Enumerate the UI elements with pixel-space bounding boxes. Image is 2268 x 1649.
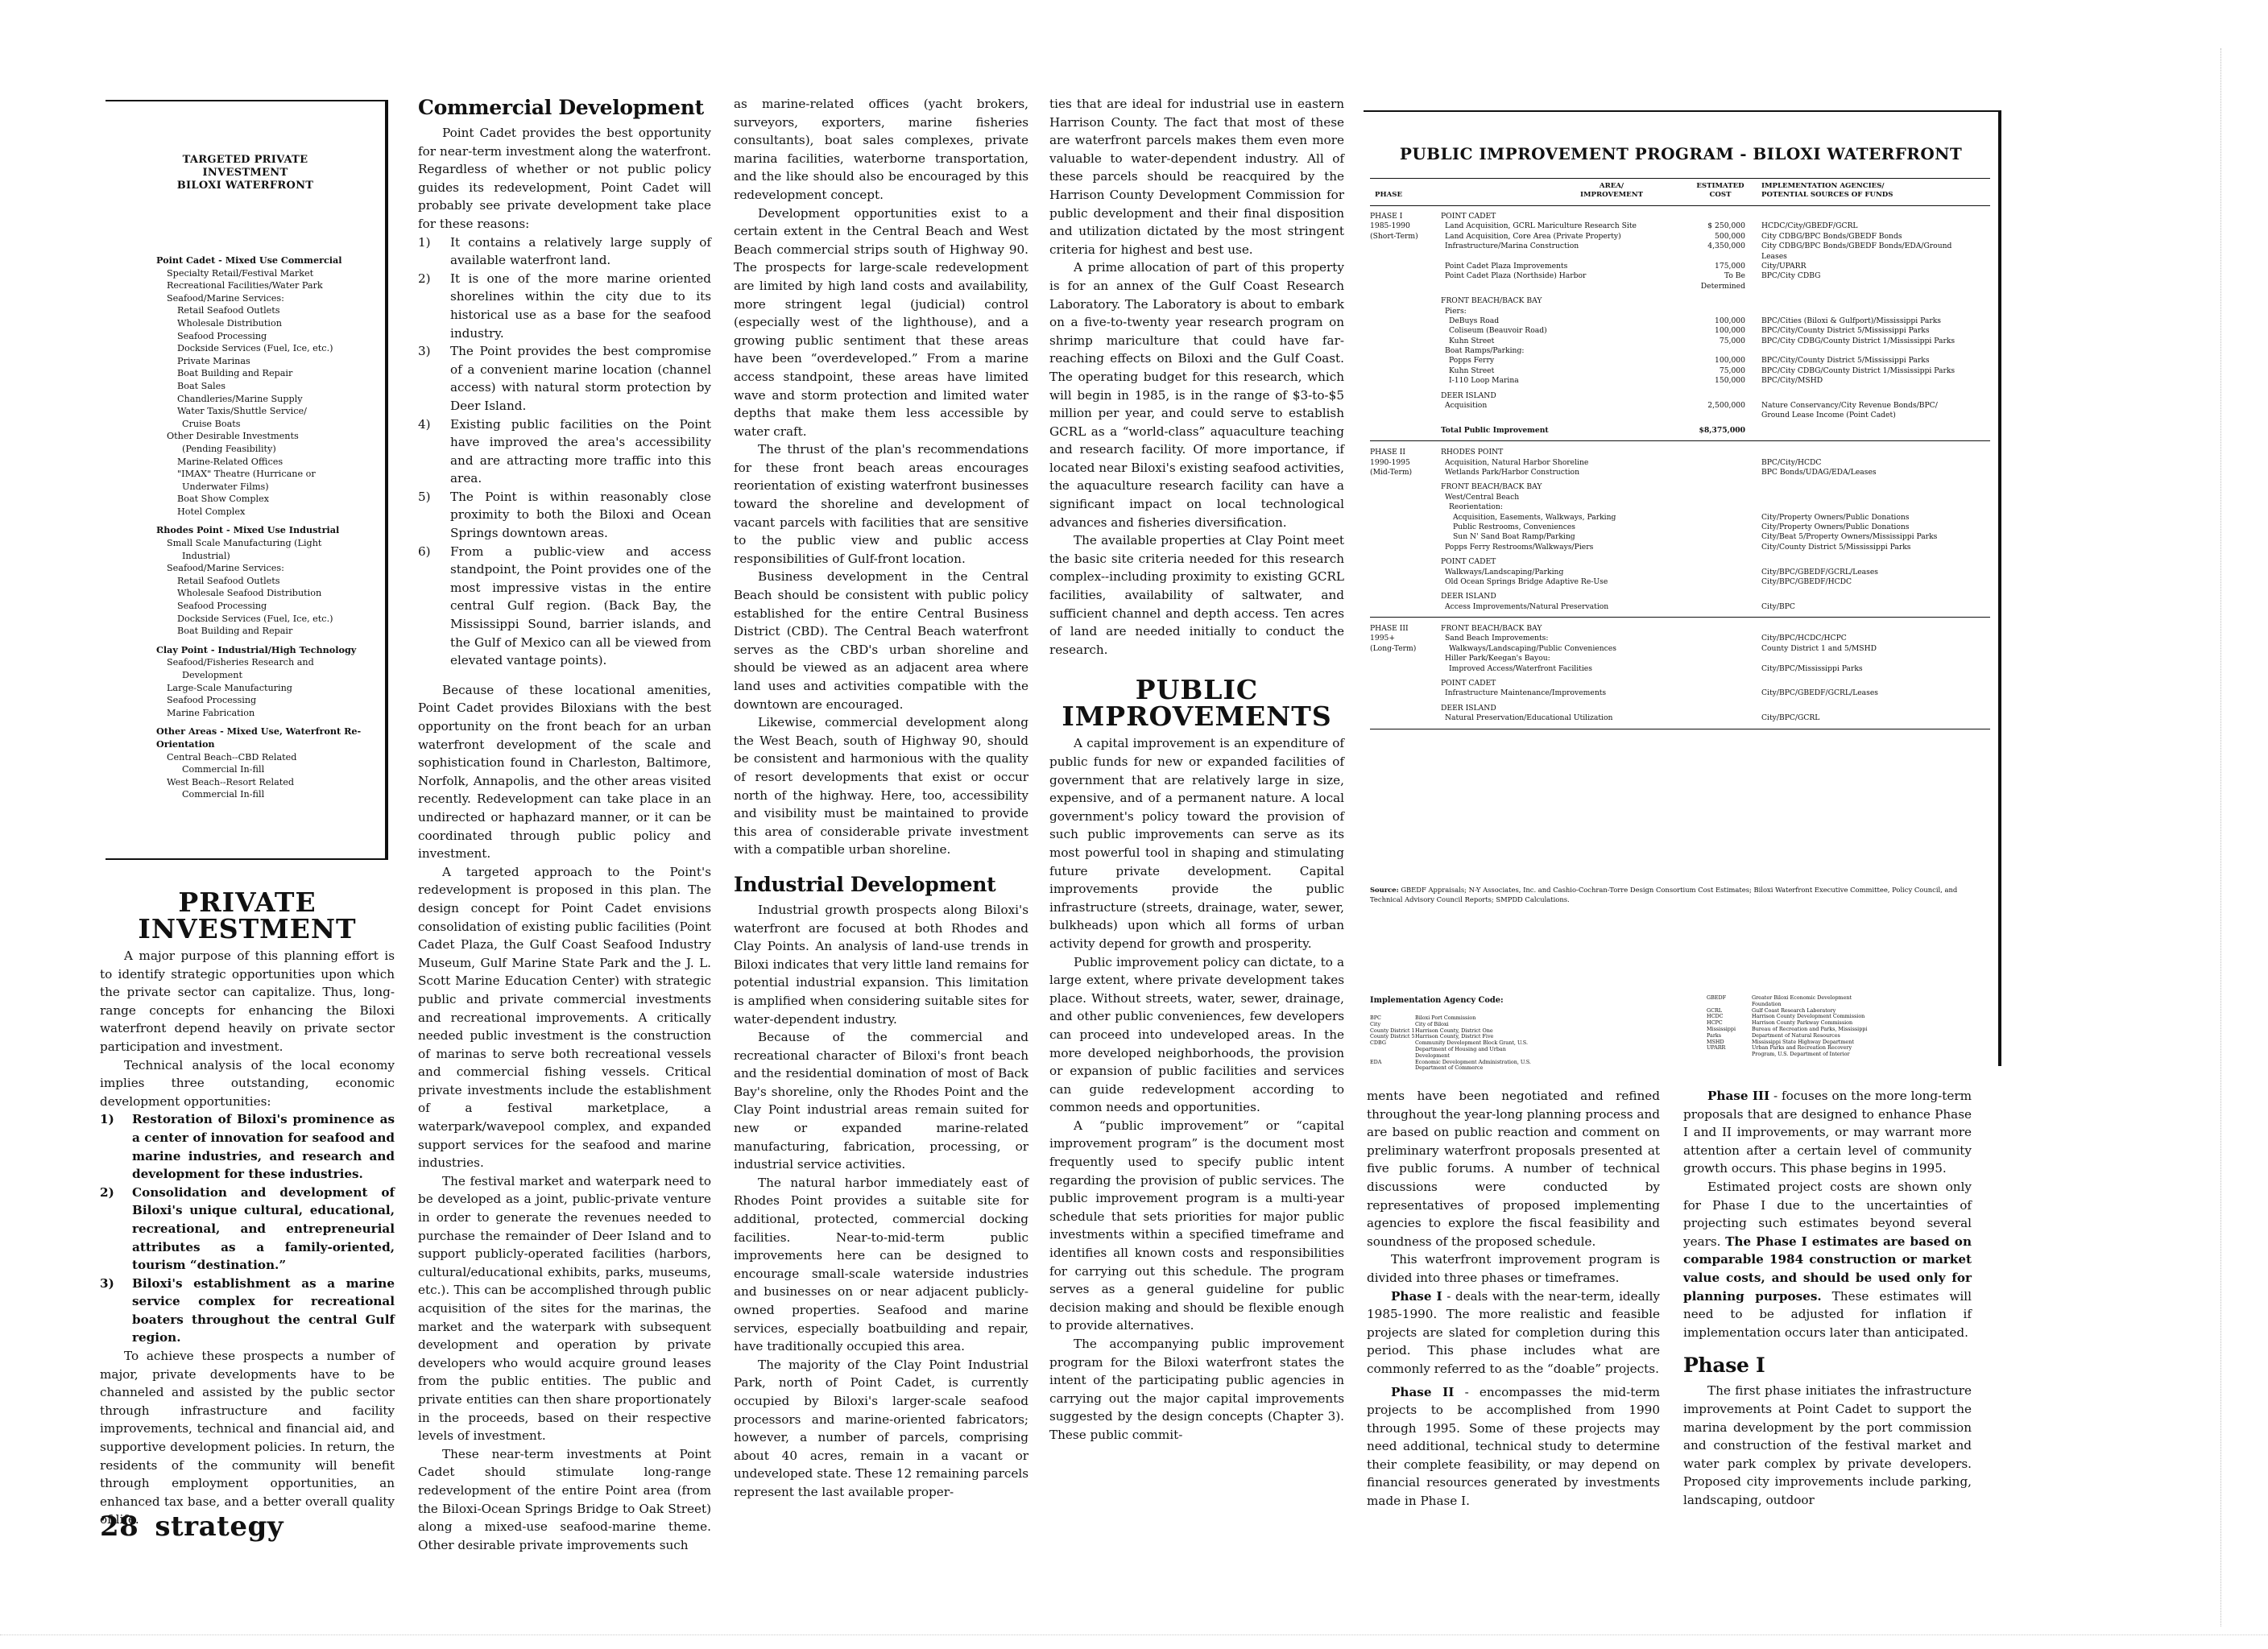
paragraph: ments have been negotiated and refined t… (1367, 1087, 1660, 1250)
estimated-cost-cell: 175,000 (1682, 262, 1745, 271)
paragraph: The available properties at Clay Point m… (1049, 531, 1344, 659)
table-row: Acquisition2,500,000Nature Conservancy/C… (1370, 401, 1990, 411)
paragraph: To achieve these prospects a number of m… (100, 1347, 395, 1529)
agencies-cell: County District 1 and 5/MSHD (1761, 644, 1877, 654)
area-improvement-cell: Public Restrooms, Conveniences (1453, 523, 1575, 532)
area-improvement-cell: Acquisition (1445, 401, 1487, 411)
estimated-cost-cell: 100,000 (1682, 316, 1745, 326)
table-row: Infrastructure/Marina Construction4,350,… (1370, 242, 1990, 251)
area-improvement-cell: Walkways/Landscaping/Parking (1445, 568, 1563, 577)
paragraph: The majority of the Clay Point Industria… (734, 1356, 1028, 1502)
agency-code: GBEDF (1707, 995, 1752, 1002)
phase-lead: Phase I (1391, 1289, 1442, 1304)
table-row: POINT CADET (1370, 557, 1990, 567)
table-row: Popps Ferry100,000BPC/City/County Distri… (1370, 356, 1990, 366)
list-text: The Point provides the best compromise o… (450, 344, 711, 413)
paragraph: Because of the commercial and recreation… (734, 1028, 1028, 1174)
sidebar-list-item: Small Scale Manufacturing (Light (156, 537, 385, 550)
table-row: Kuhn Street75,000BPC/City CDBG/County Di… (1370, 366, 1990, 376)
table-row: Public Restrooms, ConveniencesCity/Prope… (1370, 523, 1990, 532)
table-header: PHASE AREA/ IMPROVEMENT ESTIMATED COST I… (1370, 178, 1990, 206)
estimated-cost-cell: $8,375,000 (1682, 426, 1745, 436)
area-improvement-cell: Kuhn Street (1449, 337, 1494, 346)
agencies-cell: BPC/City/County District 5/Mississippi P… (1761, 326, 1930, 336)
sidebar-list-item: Underwater Films) (156, 481, 385, 494)
area-improvement-cell: Reorientation: (1449, 502, 1503, 512)
phase-lead: Phase II (1391, 1385, 1454, 1399)
agency-code-row: CDBGCommunity Development Block Grant, U… (1370, 1040, 1587, 1059)
sidebar-group-heading: Clay Point - Industrial/High Technology (156, 644, 385, 657)
list-number: 2) (418, 270, 431, 288)
table-row: Sand Beach Improvements:City/BPC/HCDC/HC… (1370, 634, 1990, 643)
table-row: Access Improvements/Natural Preservation… (1370, 602, 1990, 612)
agencies-cell: Leases (1761, 252, 1787, 262)
estimated-cost-cell: 150,000 (1682, 376, 1745, 386)
table-row: FRONT BEACH/BACK BAY (1370, 624, 1990, 634)
agencies-cell: BPC/Cities (Biloxi & Gulfport)/Mississip… (1761, 316, 1941, 326)
list-text: Existing public facilities on the Point … (450, 417, 711, 486)
estimated-cost-cell: 75,000 (1682, 337, 1745, 346)
public-improvements-heading: PUBLIC IMPROVEMENTS (1049, 676, 1344, 729)
table-row: Sun N' Sand Boat Ramp/ParkingCity/Beat 5… (1370, 532, 1990, 542)
paragraph: Development opportunities exist to a cer… (734, 205, 1028, 441)
agency-code-row: UPARRUrban Parks and Recreation Recovery… (1707, 1045, 1964, 1058)
agency-code-row: BPCBiloxi Port Commission (1370, 1015, 1587, 1022)
sidebar-list-item: Development (156, 669, 385, 682)
sidebar-list-item: (Pending Feasibility) (156, 443, 385, 456)
table-row: I-110 Loop Marina150,000BPC/City/MSHD (1370, 376, 1990, 386)
column-4: ties that are ideal for industrial use i… (1049, 95, 1344, 1444)
sidebar-list-item: Boat Building and Repair (156, 625, 385, 638)
agencies-cell: BPC/City CDBG (1761, 271, 1821, 281)
agencies-cell: BPC/City/MSHD (1761, 376, 1823, 386)
area-improvement-cell: POINT CADET (1441, 679, 1496, 688)
scan-edge (2220, 48, 2254, 1626)
sidebar-investment-list: Point Cadet - Mixed Use CommercialSpecia… (156, 254, 385, 801)
sidebar-title-line: BILOXI WATERFRONT (106, 180, 385, 192)
area-improvement-cell: FRONT BEACH/BACK BAY (1441, 482, 1542, 492)
list-item: 3)The Point provides the best compromise… (418, 342, 711, 415)
agencies-cell: City/Beat 5/Property Owners/Mississippi … (1761, 532, 1937, 542)
area-improvement-cell: Wetlands Park/Harbor Construction (1445, 468, 1579, 477)
list-number: 6) (418, 543, 431, 561)
phase-section: PHASE I1985-1990(Short-Term)POINT CADETL… (1370, 209, 1990, 441)
area-improvement-cell: DEER ISLAND (1441, 592, 1496, 601)
agencies-cell: City/Property Owners/Public Donations (1761, 513, 1910, 523)
agencies-cell: City/Property Owners/Public Donations (1761, 523, 1910, 532)
agency-codes-right: GBEDFGreater Biloxi Economic Development… (1707, 995, 1964, 1058)
agencies-cell: BPC/City/HCDC (1761, 458, 1821, 468)
paragraph: The festival market and waterpark need t… (418, 1172, 711, 1445)
column-3: as marine-related offices (yacht brokers… (734, 95, 1028, 1502)
sidebar-group-heading: Rhodes Point - Mixed Use Industrial (156, 524, 385, 537)
list-number: 3) (418, 342, 431, 361)
header-cost: ESTIMATED COST (1692, 182, 1749, 200)
area-improvement-cell: Land Acquisition, Core Area (Private Pro… (1445, 232, 1621, 242)
table-row: Leases (1370, 252, 1990, 262)
table-row: Natural Preservation/Educational Utiliza… (1370, 713, 1990, 723)
header-area: AREA/ IMPROVEMENT (1515, 182, 1708, 200)
sidebar-list-item: Recreational Facilities/Water Park (156, 279, 385, 292)
table-row: RHODES POINT (1370, 448, 1990, 457)
area-improvement-cell: West/Central Beach (1445, 493, 1519, 502)
agencies-cell: City/BPC/GBEDF/HCDC (1761, 577, 1852, 587)
sidebar-list-item: Commercial In-fill (156, 788, 385, 801)
list-text: The Point is within reasonably close pro… (450, 490, 711, 540)
sidebar-group: Point Cadet - Mixed Use CommercialSpecia… (156, 254, 385, 518)
paragraph: The natural harbor immediately east of R… (734, 1174, 1028, 1356)
area-improvement-cell: FRONT BEACH/BACK BAY (1441, 624, 1542, 634)
table-row: Point Cadet Plaza Improvements175,000Cit… (1370, 262, 1990, 271)
public-improvement-program-table: PUBLIC IMPROVEMENT PROGRAM - BILOXI WATE… (1364, 110, 2001, 1066)
table-row: DEER ISLAND (1370, 592, 1990, 601)
sidebar-list-item: Marine-Related Offices (156, 456, 385, 469)
list-number: 1) (100, 1110, 114, 1129)
sidebar-list-item: Dockside Services (Fuel, Ice, etc.) (156, 613, 385, 626)
paragraph: Technical analysis of the local economy … (100, 1056, 395, 1111)
sidebar-title-line: INVESTMENT (106, 167, 385, 180)
phase-1-paragraph: Phase I - deals with the near-term, idea… (1367, 1287, 1660, 1378)
list-text: It contains a relatively large supply of… (450, 235, 711, 268)
list-number: 2) (100, 1184, 114, 1202)
commercial-development-section: Commercial Development Point Cadet provi… (418, 95, 711, 1554)
list-item: 1)It contains a relatively large supply … (418, 234, 711, 270)
table-row: Point Cadet Plaza (Northside) HarborTo B… (1370, 271, 1990, 281)
area-improvement-cell: Point Cadet Plaza (Northside) Harbor (1445, 271, 1586, 281)
agencies-cell: Ground Lease Income (Point Cadet) (1761, 411, 1896, 420)
agency-name: Bureau of Recreation and Parks, Mississi… (1752, 1027, 1873, 1039)
sidebar-list-item: Seafood Processing (156, 694, 385, 707)
area-improvement-cell: Point Cadet Plaza Improvements (1445, 262, 1567, 271)
agencies-cell: HCDC/City/GBEDF/GCRL (1761, 221, 1858, 231)
table-body: PHASE I1985-1990(Short-Term)POINT CADETL… (1370, 209, 1990, 729)
agencies-cell: City/BPC/GBEDF/GCRL/Leases (1761, 568, 1878, 577)
sidebar-title-line: TARGETED PRIVATE (106, 154, 385, 167)
paragraph: Public improvement policy can dictate, t… (1049, 953, 1344, 1117)
area-improvement-cell: I-110 Loop Marina (1449, 376, 1519, 386)
agencies-cell: City/BPC/Mississippi Parks (1761, 664, 1863, 674)
sidebar-title: TARGETED PRIVATE INVESTMENT BILOXI WATER… (106, 154, 385, 192)
header-line: IMPLEMENTATION AGENCIES/ (1761, 182, 1922, 191)
area-improvement-cell: POINT CADET (1441, 212, 1496, 221)
area-improvement-cell: Land Acquisition, GCRL Mariculture Resea… (1445, 221, 1637, 231)
header-line: COST (1692, 191, 1749, 200)
paragraph: Because of these locational amenities, P… (418, 681, 711, 863)
estimated-cost-cell: 100,000 (1682, 326, 1745, 336)
estimated-cost-cell: 75,000 (1682, 366, 1745, 376)
estimates-paragraph: Estimated project costs are shown only f… (1683, 1178, 1972, 1341)
area-improvement-cell: Old Ocean Springs Bridge Adaptive Re-Use (1445, 577, 1608, 587)
area-improvement-cell: Hiller Park/Keegan's Bayou: (1445, 654, 1550, 663)
source-text: GBEDF Appraisals; N-Y Associates, Inc. a… (1370, 886, 1957, 903)
agency-code-row: Mississippi ParksBureau of Recreation an… (1707, 1027, 1964, 1039)
sidebar-list-item: Wholesale Distribution (156, 317, 385, 330)
area-improvement-cell: DeBuys Road (1449, 316, 1499, 326)
area-improvement-cell: Piers: (1445, 307, 1467, 316)
table-row: POINT CADET (1370, 212, 1990, 221)
area-improvement-cell: Walkways/Landscaping/Public Conveniences (1449, 644, 1616, 654)
area-improvement-cell: Acquisition, Natural Harbor Shoreline (1445, 458, 1588, 468)
sidebar-list-item: Boat Sales (156, 380, 385, 393)
agencies-cell: City/BPC/GCRL (1761, 713, 1819, 723)
area-improvement-cell: Sun N' Sand Boat Ramp/Parking (1453, 532, 1575, 542)
agencies-cell: BPC/City CDBG/County District 1/Mississi… (1761, 337, 1955, 346)
paragraph: A targeted approach to the Point's redev… (418, 863, 711, 1172)
paragraph: A major purpose of this planning effort … (100, 947, 395, 1056)
estimated-cost-cell: 100,000 (1682, 356, 1745, 366)
section-name: strategy (155, 1511, 283, 1543)
table-row: Reorientation: (1370, 502, 1990, 512)
area-improvement-cell: Popps Ferry (1449, 356, 1494, 366)
list-text: Consolidation and development of Biloxi'… (132, 1185, 395, 1272)
header-line: ESTIMATED (1692, 182, 1749, 191)
agency-codes-title: Implementation Agency Code: (1370, 996, 1504, 1005)
sidebar-list-item: Large-Scale Manufacturing (156, 682, 385, 695)
area-improvement-cell: DEER ISLAND (1441, 391, 1496, 401)
agency-code: EDA (1370, 1060, 1415, 1066)
paragraph: This waterfront improvement program is d… (1367, 1250, 1660, 1287)
area-improvement-cell: Infrastructure/Marina Construction (1445, 242, 1579, 251)
sidebar-group: Rhodes Point - Mixed Use IndustrialSmall… (156, 524, 385, 637)
agencies-cell: City CDBG/BPC Bonds/GBEDF Bonds/EDA/Grou… (1761, 242, 1951, 251)
sidebar-group: Clay Point - Industrial/High TechnologyS… (156, 644, 385, 720)
sidebar-list-item: "IMAX" Theatre (Hurricane or (156, 468, 385, 481)
table-row: Acquisition, Natural Harbor ShorelineBPC… (1370, 458, 1990, 468)
sidebar-list-item: Boat Show Complex (156, 493, 385, 506)
agencies-cell: BPC/City CDBG/County District 1/Mississi… (1761, 366, 1955, 376)
list-text: It is one of the more marine oriented sh… (450, 271, 711, 341)
agencies-cell: City/UPARR (1761, 262, 1807, 271)
sidebar-list-item: Cruise Boats (156, 418, 385, 431)
area-improvement-cell: Kuhn Street (1449, 366, 1494, 376)
table-row: Infrastructure Maintenance/ImprovementsC… (1370, 688, 1990, 698)
paragraph: ties that are ideal for industrial use i… (1049, 95, 1344, 258)
estimated-cost-cell: To Be (1682, 271, 1745, 281)
list-number: 3) (100, 1275, 114, 1293)
table-row: Land Acquisition, Core Area (Private Pro… (1370, 232, 1990, 242)
sidebar-list-item: Seafood Processing (156, 330, 385, 343)
estimated-cost-cell: $ 250,000 (1682, 221, 1745, 231)
header-line: IMPROVEMENT (1515, 191, 1708, 200)
list-number: 4) (418, 415, 431, 434)
table-row: Popps Ferry Restrooms/Walkways/PiersCity… (1370, 543, 1990, 552)
agencies-cell: City/BPC/GBEDF/GCRL/Leases (1761, 688, 1878, 698)
sidebar-list-item: Private Marinas (156, 355, 385, 368)
table-row: DeBuys Road100,000BPC/Cities (Biloxi & G… (1370, 316, 1990, 326)
table-row: Boat Ramps/Parking: (1370, 346, 1990, 356)
phase-3-paragraph: Phase III - focuses on the more long-ter… (1683, 1087, 1972, 1178)
table-row: Piers: (1370, 307, 1990, 316)
heading-line: PRIVATE (100, 889, 395, 915)
sidebar-list-item: Seafood/Marine Services: (156, 292, 385, 305)
table-row: Hiller Park/Keegan's Bayou: (1370, 654, 1990, 663)
phase-1-heading: Phase I (1683, 1353, 1972, 1378)
paragraph: A “public improvement” or “capital impro… (1049, 1117, 1344, 1335)
table-row: DEER ISLAND (1370, 391, 1990, 401)
list-text: Biloxi's establishment as a marine servi… (132, 1276, 395, 1345)
sidebar-list-item: Marine Fabrication (156, 707, 385, 720)
agencies-cell: City CDBG/BPC Bonds/GBEDF Bonds (1761, 232, 1902, 242)
list-item: 6)From a public-view and access standpoi… (418, 543, 711, 670)
agency-name: Economic Development Administration, U.S… (1415, 1060, 1536, 1072)
table-title: PUBLIC IMPROVEMENT PROGRAM - BILOXI WATE… (1364, 144, 1998, 163)
paragraph: The accompanying public improvement prog… (1049, 1335, 1344, 1444)
list-text: Restoration of Biloxi's prominence as a … (132, 1112, 395, 1181)
table-row: Wetlands Park/Harbor ConstructionBPC Bon… (1370, 468, 1990, 477)
list-item: 5)The Point is within reasonably close p… (418, 488, 711, 543)
sidebar-list-item: Retail Seafood Outlets (156, 304, 385, 317)
heading-line: PUBLIC (1049, 676, 1344, 703)
table-row: Coliseum (Beauvoir Road)100,000BPC/City/… (1370, 326, 1990, 336)
sidebar-group: Other Areas - Mixed Use, Waterfront Re-O… (156, 725, 385, 801)
paragraph: A capital improvement is an expenditure … (1049, 734, 1344, 953)
agencies-cell: BPC/City/County District 5/Mississippi P… (1761, 356, 1930, 366)
opportunities-list: 1)Restoration of Biloxi's prominence as … (100, 1110, 395, 1347)
list-number: 5) (418, 488, 431, 506)
area-improvement-cell: Popps Ferry Restrooms/Walkways/Piers (1445, 543, 1593, 552)
header-line: AREA/ (1515, 182, 1708, 191)
paragraph: Business development in the Central Beac… (734, 568, 1028, 713)
paragraph: Point Cadet provides the best opportunit… (418, 124, 711, 234)
phase-section: PHASE III1995+(Long-Term)FRONT BEACH/BAC… (1370, 621, 1990, 729)
agencies-cell: City/County District 5/Mississippi Parks (1761, 543, 1911, 552)
reasons-list: 1)It contains a relatively large supply … (418, 234, 711, 670)
agencies-cell: BPC Bonds/UDAG/EDA/Leases (1761, 468, 1877, 477)
area-improvement-cell: RHODES POINT (1441, 448, 1503, 457)
sidebar-list-item: Commercial In-fill (156, 763, 385, 776)
area-improvement-cell: Acquisition, Easements, Walkways, Parkin… (1453, 513, 1616, 523)
sidebar-list-item: Industrial) (156, 550, 385, 563)
table-row: Walkways/Landscaping/ParkingCity/BPC/GBE… (1370, 568, 1990, 577)
header-phase: PHASE (1375, 191, 1402, 200)
private-investment-heading: PRIVATE INVESTMENT (100, 889, 395, 942)
list-item: 2)Consolidation and development of Bilox… (100, 1184, 395, 1275)
sidebar-list-item: West Beach--Resort Related (156, 776, 385, 789)
sidebar-list-item: Seafood Processing (156, 600, 385, 613)
agency-name: Community Development Block Grant, U.S. … (1415, 1040, 1536, 1059)
area-improvement-cell: Boat Ramps/Parking: (1445, 346, 1524, 356)
sidebar-group-heading: Point Cadet - Mixed Use Commercial (156, 254, 385, 267)
area-improvement-cell: Infrastructure Maintenance/Improvements (1445, 688, 1606, 698)
table-row: Old Ocean Springs Bridge Adaptive Re-Use… (1370, 577, 1990, 587)
paragraph: as marine-related offices (yacht brokers… (734, 95, 1028, 205)
heading-line: INVESTMENT (100, 915, 395, 942)
estimated-cost-cell: 2,500,000 (1682, 401, 1745, 411)
estimated-cost-cell: 500,000 (1682, 232, 1745, 242)
sidebar-group-heading: Other Areas - Mixed Use, Waterfront Re-O… (156, 725, 385, 750)
area-improvement-cell: Improved Access/Waterfront Facilities (1449, 664, 1592, 674)
list-text: From a public-view and access standpoint… (450, 544, 711, 668)
table-row: Total Public Improvement$8,375,000 (1370, 426, 1990, 436)
sidebar-list-item: Retail Seafood Outlets (156, 575, 385, 588)
table-row: Walkways/Landscaping/Public Conveniences… (1370, 644, 1990, 654)
list-item: 3)Biloxi's establishment as a marine ser… (100, 1275, 395, 1347)
source-label: Source: (1370, 886, 1399, 894)
sidebar-list-item: Other Desirable Investments (156, 430, 385, 443)
paragraph: A prime allocation of part of this prope… (1049, 258, 1344, 531)
heading-line: IMPROVEMENTS (1049, 703, 1344, 729)
sidebar-list-item: Specialty Retail/Festival Market (156, 267, 385, 280)
agency-name: Greater Biloxi Economic Development Foun… (1752, 995, 1873, 1008)
sidebar-list-item: Boat Building and Repair (156, 367, 385, 380)
area-improvement-cell: FRONT BEACH/BACK BAY (1441, 296, 1542, 306)
agency-codes-left: BPCBiloxi Port CommissionCityCity of Bil… (1370, 1015, 1587, 1072)
phase-2-paragraph: Phase II - encompasses the mid-term proj… (1367, 1383, 1660, 1511)
estimated-cost-cell: Determined (1682, 282, 1745, 291)
agency-code: CDBG (1370, 1040, 1415, 1047)
private-investment-section: PRIVATE INVESTMENT A major purpose of th… (100, 889, 395, 1529)
table-row: Improved Access/Waterfront FacilitiesCit… (1370, 664, 1990, 674)
paragraph: Likewise, commercial development along t… (734, 713, 1028, 859)
commercial-development-heading: Commercial Development (418, 95, 711, 121)
sidebar-list-item: Chandleries/Marine Supply (156, 393, 385, 406)
agency-name: Urban Parks and Recreation Recovery Prog… (1752, 1045, 1873, 1058)
area-improvement-cell: Access Improvements/Natural Preservation (1445, 602, 1608, 612)
agencies-cell: City/BPC (1761, 602, 1795, 612)
table-row: Kuhn Street75,000BPC/City CDBG/County Di… (1370, 337, 1990, 346)
agency-code: UPARR (1707, 1045, 1752, 1052)
sidebar-list-item: Wholesale Seafood Distribution (156, 587, 385, 600)
header-line: POTENTIAL SOURCES OF FUNDS (1761, 191, 1922, 200)
agency-code: Mississippi Parks (1707, 1027, 1752, 1039)
paragraph: These near-term investments at Point Cad… (418, 1445, 711, 1555)
area-improvement-cell: DEER ISLAND (1441, 704, 1496, 713)
area-improvement-cell: Sand Beach Improvements: (1445, 634, 1548, 643)
sidebar-list-item: Dockside Services (Fuel, Ice, etc.) (156, 342, 385, 355)
sidebar-list-item: Seafood/Marine Services: (156, 562, 385, 575)
table-row: FRONT BEACH/BACK BAY (1370, 482, 1990, 492)
paragraph: The thrust of the plan's recommendations… (734, 440, 1028, 568)
page-footer: 28strategy (100, 1511, 283, 1543)
agencies-cell: City/BPC/HCDC/HCPC (1761, 634, 1847, 643)
agencies-cell: Nature Conservancy/City Revenue Bonds/BP… (1761, 401, 1938, 411)
phase-lead: Phase III (1707, 1089, 1769, 1103)
phase-text: - encompasses the mid-term projects to b… (1367, 1385, 1660, 1509)
sidebar-list-item: Central Beach--CBD Related (156, 751, 385, 764)
table-row: DEER ISLAND (1370, 704, 1990, 713)
table-row: POINT CADET (1370, 679, 1990, 688)
header-agencies: IMPLEMENTATION AGENCIES/ POTENTIAL SOURC… (1761, 182, 1922, 200)
estimated-cost-cell: 4,350,000 (1682, 242, 1745, 251)
paragraph: Industrial growth prospects along Biloxi… (734, 901, 1028, 1028)
scan-bottom-edge (0, 1635, 2268, 1635)
list-item: 1)Restoration of Biloxi's prominence as … (100, 1110, 395, 1183)
list-item: 4)Existing public facilities on the Poin… (418, 415, 711, 488)
area-improvement-cell: Total Public Improvement (1441, 426, 1549, 436)
paragraph: The first phase initiates the infrastruc… (1683, 1382, 1972, 1509)
targeted-investment-sidebar: TARGETED PRIVATE INVESTMENT BILOXI WATER… (106, 100, 388, 860)
table-source-note: Source: GBEDF Appraisals; N-Y Associates… (1370, 885, 1990, 904)
table-row: FRONT BEACH/BACK BAY (1370, 296, 1990, 306)
table-row: Land Acquisition, GCRL Mariculture Resea… (1370, 221, 1990, 231)
table-row: Determined (1370, 282, 1990, 291)
phase-section: PHASE II1990-1995(Mid-Term)RHODES POINTA… (1370, 444, 1990, 618)
area-improvement-cell: POINT CADET (1441, 557, 1496, 567)
agency-code-row: GBEDFGreater Biloxi Economic Development… (1707, 995, 1964, 1008)
list-item: 2)It is one of the more marine oriented … (418, 270, 711, 342)
list-number: 1) (418, 234, 431, 252)
table-row: Ground Lease Income (Point Cadet) (1370, 411, 1990, 420)
area-improvement-cell: Coliseum (Beauvoir Road) (1449, 326, 1547, 336)
area-improvement-cell: Natural Preservation/Educational Utiliza… (1445, 713, 1612, 723)
table-row: West/Central Beach (1370, 493, 1990, 502)
agency-code-row: EDAEconomic Development Administration, … (1370, 1060, 1587, 1072)
sidebar-list-item: Seafood/Fisheries Research and (156, 656, 385, 669)
industrial-development-heading: Industrial Development (734, 872, 1028, 898)
table-row: Acquisition, Easements, Walkways, Parkin… (1370, 513, 1990, 523)
page-number: 28 (100, 1511, 139, 1543)
sidebar-list-item: Water Taxis/Shuttle Service/ (156, 405, 385, 418)
